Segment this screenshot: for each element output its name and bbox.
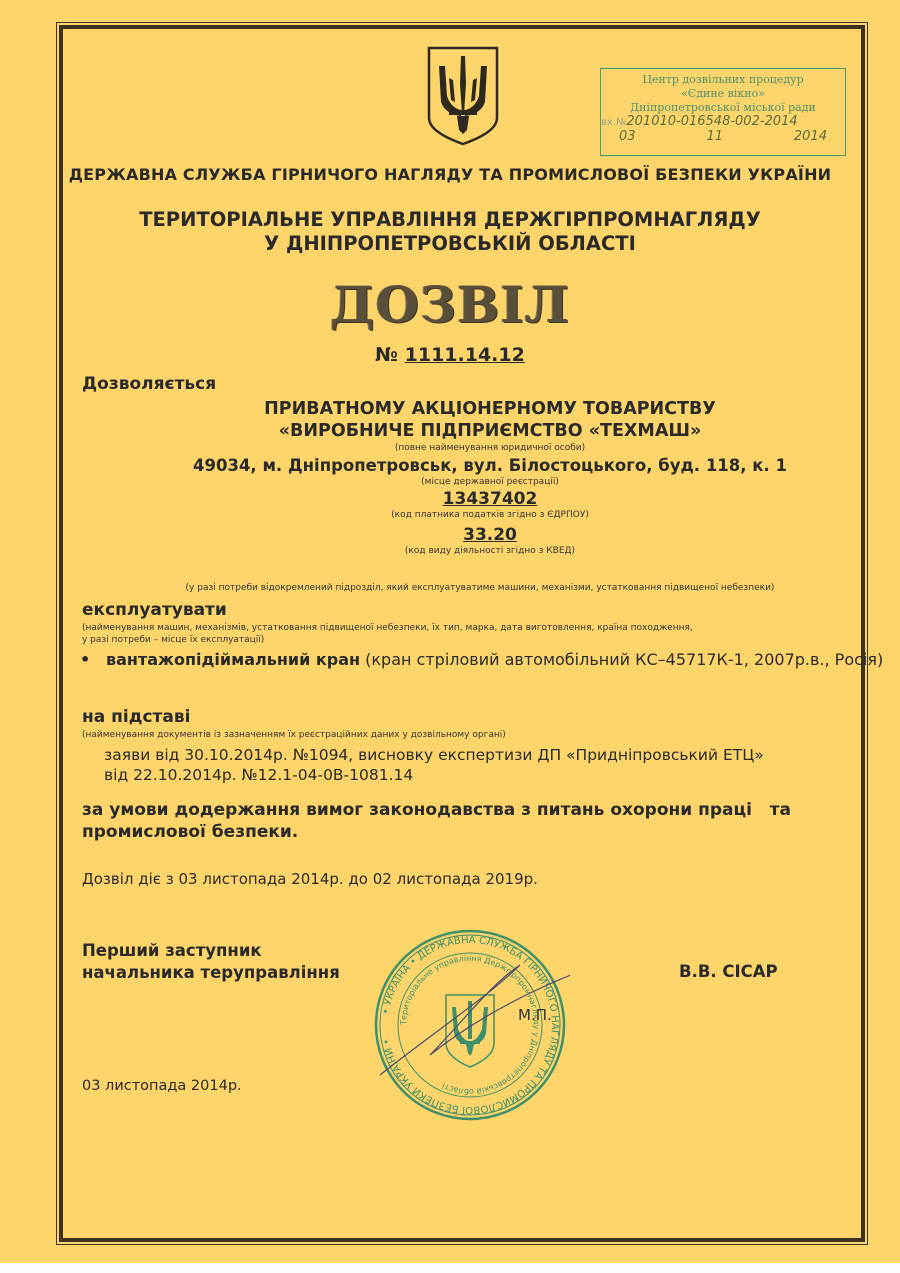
- document-title: ДОЗВІЛ: [0, 275, 900, 334]
- kved-code: 33.20: [80, 525, 900, 545]
- condition-line-2: промислової безпеки.: [82, 821, 791, 843]
- machine-hint-line-2: у разі потреби – місце їх експлуатації): [82, 634, 742, 646]
- document-number: № 1111.14.12: [0, 344, 900, 366]
- official-seal: • УКРАЇНА • ДЕРЖАВНА СЛУЖБА ГІРНИЧОГО НА…: [370, 925, 570, 1125]
- basis-documents: заяви від 30.10.2014р. №1094, висновку е…: [104, 745, 764, 785]
- stamp-line-1: Центр дозвільних процедур: [601, 73, 845, 87]
- registration-stamp: Центр дозвільних процедур «Єдине вікно» …: [600, 68, 846, 156]
- organization-name: ПРИВАТНОМУ АКЦІОНЕРНОМУ ТОВАРИСТВУ «ВИРО…: [80, 398, 900, 442]
- org-hint: (повне найменування юридичної особи): [80, 443, 900, 453]
- trident-icon: [425, 44, 501, 148]
- edrpou-hint: (код платника податків згідно з ЄДРПОУ): [80, 510, 900, 520]
- org-address: 49034, м. Дніпропетровськ, вул. Білостоц…: [80, 456, 900, 475]
- kved-hint: (код виду діяльності згідно з КВЕД): [80, 546, 900, 556]
- agency-name: ДЕРЖАВНА СЛУЖБА ГІРНИЧОГО НАГЛЯДУ ТА ПРО…: [0, 165, 900, 184]
- signer-title-line-1: Перший заступник: [82, 940, 340, 962]
- basis-line-2: від 22.10.2014р. №12.1-04-0В-1081.14: [104, 765, 764, 785]
- seal-mark: М.П.: [518, 1006, 552, 1024]
- org-line-2: «ВИРОБНИЧЕ ПІДПРИЄМСТВО «ТЕХМАШ»: [80, 420, 900, 442]
- stamp-date-year: 2014: [794, 130, 827, 144]
- basis-hint: (найменування документів із зазначенням …: [82, 730, 506, 740]
- bullet-icon: •: [80, 650, 106, 669]
- subdivision-hint: (у разі потреби відокремлений підрозділ,…: [80, 583, 880, 593]
- equipment-item: •вантажопідіймальний кран (кран стрілови…: [80, 650, 883, 669]
- number-prefix: №: [375, 344, 398, 366]
- stamp-incoming-number: вх.№201010-016548-002-2014: [601, 115, 845, 130]
- stamp-date: 03 11 2014: [601, 130, 845, 144]
- stamp-date-month: 11: [706, 130, 723, 144]
- scan-margin: [0, 1263, 900, 1273]
- department-name: ТЕРИТОРІАЛЬНЕ УПРАВЛІННЯ ДЕРЖГІРПРОМНАГЛ…: [0, 208, 900, 256]
- machine-hint-line-1: (найменування машин, механізмів, устатко…: [82, 622, 742, 634]
- issue-date: 03 листопада 2014р.: [82, 1078, 242, 1094]
- operate-label: експлуатувати: [82, 600, 227, 620]
- equipment-name: вантажопідіймальний кран: [106, 650, 360, 669]
- condition-line-1: за умови додержання вимог законодавства …: [82, 799, 791, 821]
- signer-title: Перший заступник начальника теруправлінн…: [82, 940, 340, 984]
- signer-title-line-2: начальника теруправління: [82, 962, 340, 984]
- condition-text: за умови додержання вимог законодавства …: [82, 799, 791, 843]
- department-line-2: У ДНІПРОПЕТРОВСЬКІЙ ОБЛАСТІ: [0, 232, 900, 256]
- validity-period: Дозвіл діє з 03 листопада 2014р. до 02 л…: [82, 870, 538, 888]
- address-hint: (місце державної реєстрації): [80, 477, 900, 487]
- number-value: 1111.14.12: [405, 344, 525, 366]
- machine-hint: (найменування машин, механізмів, устатко…: [82, 622, 742, 646]
- stamp-line-3: Дніпропетровської міської ради: [601, 101, 845, 115]
- stamp-date-day: 03: [619, 130, 636, 144]
- edrpou-code: 13437402: [80, 489, 900, 509]
- allowed-label: Дозволяється: [82, 374, 216, 394]
- stamp-incoming-label: вх.№: [601, 117, 626, 128]
- equipment-details: (кран стріловий автомобільний КС–45717К-…: [365, 650, 883, 669]
- stamp-line-2: «Єдине вікно»: [601, 87, 845, 101]
- basis-label: на підставі: [82, 707, 190, 727]
- department-line-1: ТЕРИТОРІАЛЬНЕ УПРАВЛІННЯ ДЕРЖГІРПРОМНАГЛ…: [0, 208, 900, 232]
- org-line-1: ПРИВАТНОМУ АКЦІОНЕРНОМУ ТОВАРИСТВУ: [80, 398, 900, 420]
- basis-line-1: заяви від 30.10.2014р. №1094, висновку е…: [104, 745, 764, 765]
- signer-name: В.В. СІСАР: [679, 962, 778, 981]
- seal-trident-icon: [452, 1001, 488, 1056]
- stamp-incoming-value: 201010-016548-002-2014: [626, 114, 797, 129]
